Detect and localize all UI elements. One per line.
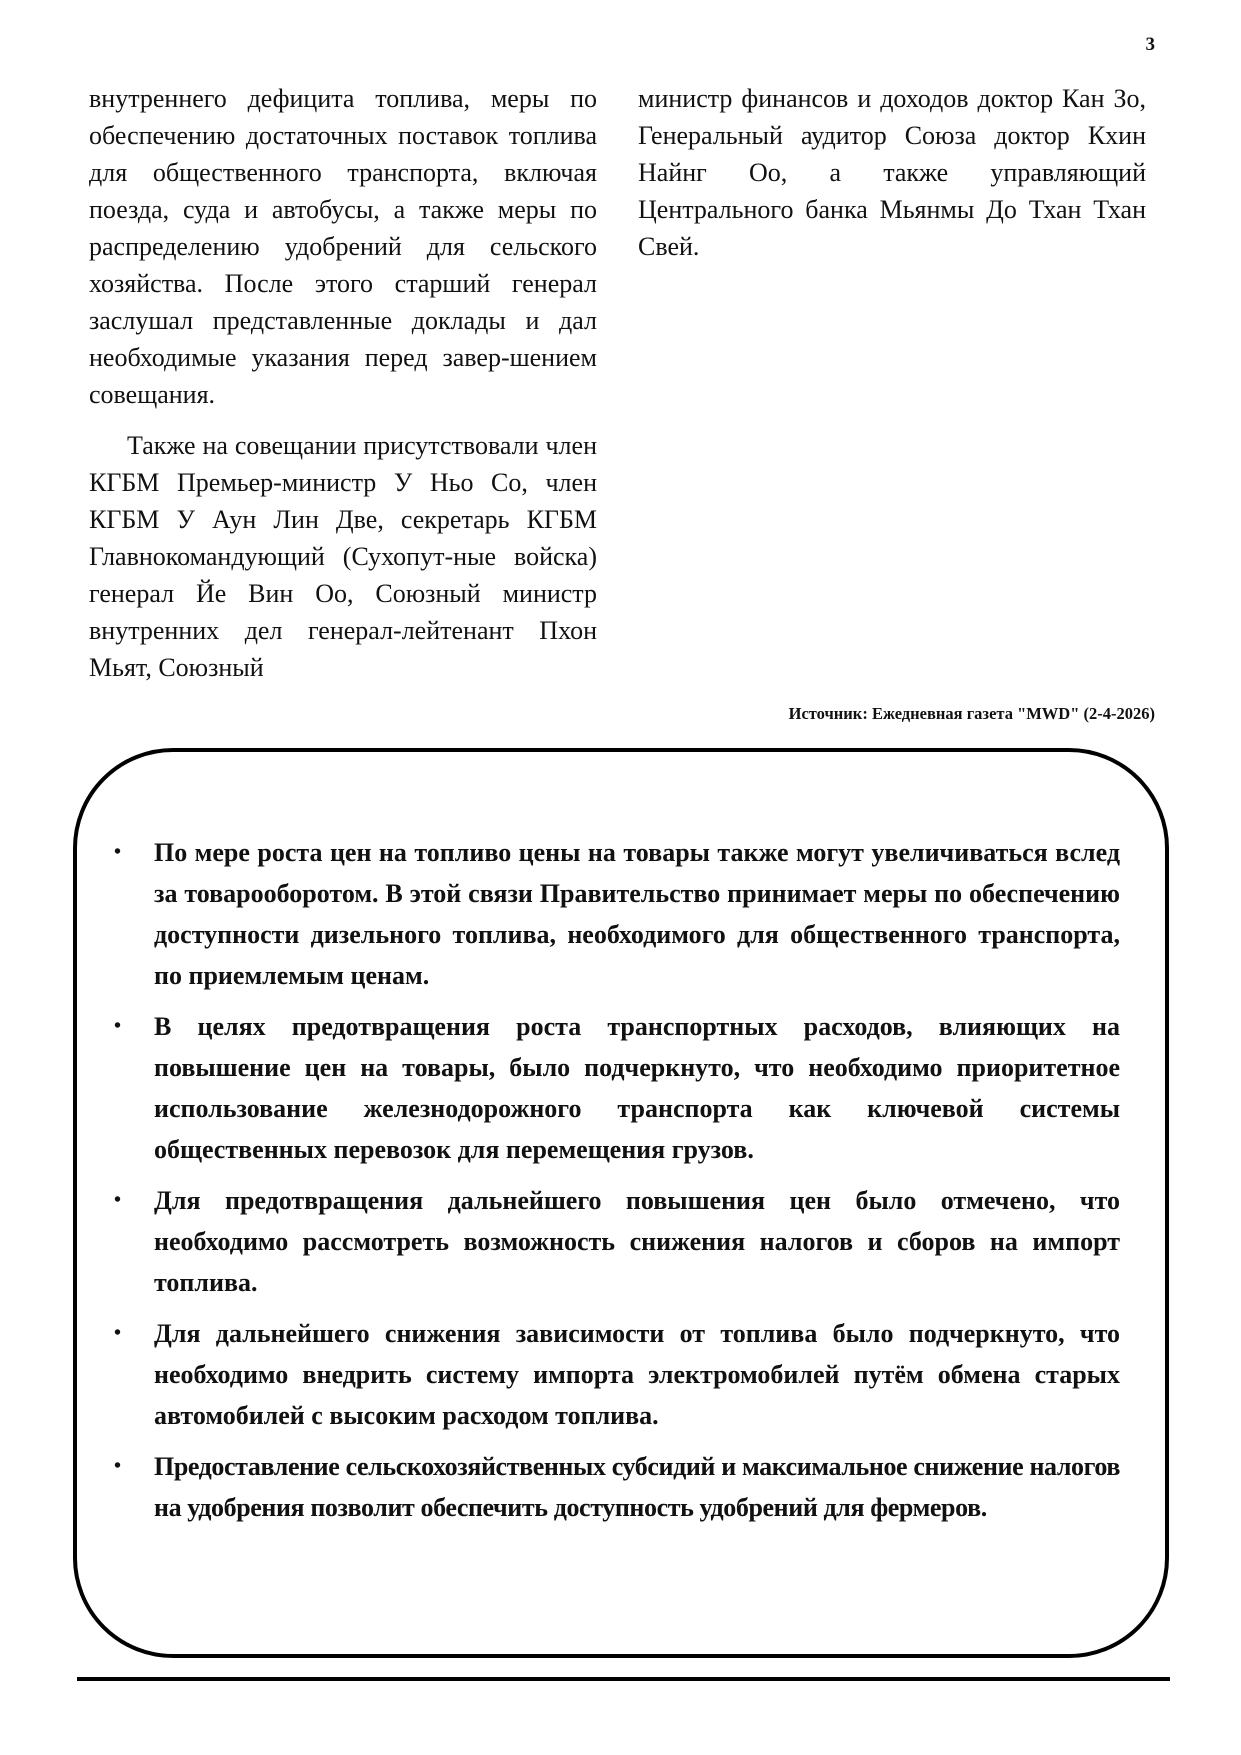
bullet-icon: •: [114, 1446, 121, 1487]
list-item: • Для предотвращения дальнейшего повышен…: [108, 1180, 1120, 1303]
right-column: министр финансов и доходов доктор Кан Зо…: [638, 80, 1146, 265]
paragraph: Также на совещании присутствовали член К…: [89, 427, 597, 686]
list-item: • Для дальнейшего снижения зависимости о…: [108, 1313, 1120, 1436]
highlight-bullet-list: • По мере роста цен на топливо цены на т…: [108, 832, 1120, 1538]
bullet-icon: •: [114, 1180, 121, 1221]
list-item-text: В целях предотвращения роста транспортны…: [154, 1012, 1120, 1164]
list-item-text: Для дальнейшего снижения зависимости от …: [154, 1319, 1120, 1430]
list-item: • В целях предотвращения роста транспорт…: [108, 1006, 1120, 1170]
bottom-divider: [77, 1677, 1170, 1681]
list-item-text: По мере роста цен на топливо цены на тов…: [154, 838, 1120, 990]
left-column: внутреннего дефицита топлива, меры по об…: [89, 80, 597, 686]
source-citation: Источник: Ежедневная газета "MWD" (2-4-2…: [789, 704, 1155, 724]
bullet-icon: •: [114, 1006, 121, 1047]
paragraph: внутреннего дефицита топлива, меры по об…: [89, 80, 597, 413]
list-item: • По мере роста цен на топливо цены на т…: [108, 832, 1120, 996]
page-number: 3: [1146, 34, 1156, 56]
bullet-icon: •: [114, 1313, 121, 1354]
list-item-text: Для предотвращения дальнейшего повышения…: [154, 1186, 1120, 1297]
list-item: • Предоставление сельскохозяйственных су…: [108, 1446, 1120, 1528]
list-item-text: Предоставление сельскохозяйственных субс…: [154, 1452, 1120, 1522]
bullet-icon: •: [114, 832, 121, 873]
paragraph: министр финансов и доходов доктор Кан Зо…: [638, 80, 1146, 265]
